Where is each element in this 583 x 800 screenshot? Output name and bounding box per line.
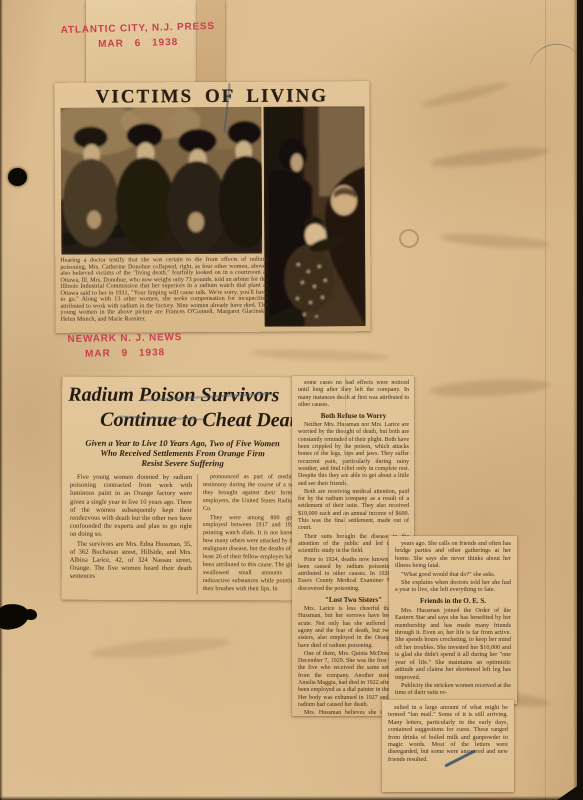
- column-subhead: Both Refuse to Worry: [298, 412, 409, 420]
- pencil-smudge: [430, 144, 551, 170]
- article-headline-line2: Continue to Cheat Death: [100, 409, 303, 433]
- article-column-1: Five young women doomed by radium poison…: [70, 474, 198, 595]
- paper-crease: [344, 376, 346, 546]
- pencil-smudge: [440, 231, 551, 251]
- column-paragraph: The survivors are Mrs. Edna Hussman, 35,…: [70, 540, 192, 581]
- glue-ring-mark: [399, 229, 419, 248]
- scrapbook-page: ATLANTIC CITY, N.J. PRESS MAR 6 1938 VIC…: [0, 0, 583, 800]
- article-clipping-column4-upper: years ago. She calls on friends and ofte…: [389, 536, 517, 704]
- collapsed-woman-photo: [263, 106, 365, 327]
- scan-bottom-edge: [0, 796, 583, 800]
- hole-punch: [8, 168, 27, 186]
- deck-line: Who Received Settlements From Orange Fir…: [62, 448, 303, 459]
- column-subhead: Friends in the O. E. S.: [395, 597, 511, 605]
- page-left-edge: [0, 0, 3, 800]
- pencil-smudge: [250, 348, 390, 363]
- column-paragraph: pronounced as part of medical testimony …: [203, 474, 297, 514]
- pencil-smudge: [430, 377, 551, 399]
- column-paragraph: "What good would that do?" she asks.: [395, 571, 511, 578]
- article-column-4-upper: years ago. She calls on friends and ofte…: [389, 536, 517, 704]
- article-deck: Given a Year to Live 10 Years Ago, Two o…: [62, 438, 303, 469]
- pencil-smudge: [90, 634, 231, 662]
- courtroom-women-photo: [60, 107, 262, 255]
- article-clipping-column4-lower: sulted in a large amount of what might b…: [382, 700, 514, 792]
- deck-line: Resist Severe Suffering: [62, 458, 303, 469]
- column-paragraph: She explains when doctors told her she h…: [395, 579, 511, 594]
- date-stamp-atlantic-city: ATLANTIC CITY, N.J. PRESS MAR 6 1938: [53, 19, 224, 53]
- column-paragraph: Publicity the stricken women received at…: [395, 682, 511, 697]
- article-clipping-main: Radium Poison Survivors Continue to Chea…: [62, 377, 304, 601]
- article-column-4-lower: sulted in a large amount of what might b…: [382, 700, 514, 792]
- column-paragraph: Five young women doomed by radium poison…: [70, 474, 192, 540]
- article-column-2: pronounced as part of medical testimony …: [198, 474, 297, 595]
- column-paragraph: Both are receiving medical attention, pa…: [298, 489, 409, 533]
- deck-line: Given a Year to Live 10 Years Ago, Two o…: [62, 438, 303, 449]
- pencil-smudge: [420, 79, 510, 110]
- stamp-date-line: MAR 9 1938: [40, 345, 210, 363]
- scan-right-edge: [577, 0, 583, 800]
- column-paragraph: some cases no bad effects were noticed u…: [298, 380, 409, 409]
- column-paragraph: years ago. She calls on friends and ofte…: [395, 540, 511, 570]
- column-paragraph: Neither Mrs. Hussman nor Mrs. Larice are…: [298, 422, 409, 488]
- column-paragraph: sulted in a large amount of what might b…: [388, 704, 508, 763]
- photo-clipping: VICTIMS OF LIVING DEATH: [54, 81, 370, 333]
- page-crease: [545, 0, 547, 800]
- photo-caption: Hearing a doctor testify that she was ce…: [60, 257, 267, 323]
- date-stamp-newark: NEWARK N. J. NEWS MAR 9 1938: [40, 330, 210, 363]
- article-headline-line1: Radium Poison Survivors: [68, 384, 303, 408]
- ink-blot: [24, 609, 37, 620]
- column-paragraph: Mrs. Hussman joined the Order of the Eas…: [395, 607, 511, 681]
- column-paragraph: They were among 800 girls employed betwe…: [203, 515, 297, 594]
